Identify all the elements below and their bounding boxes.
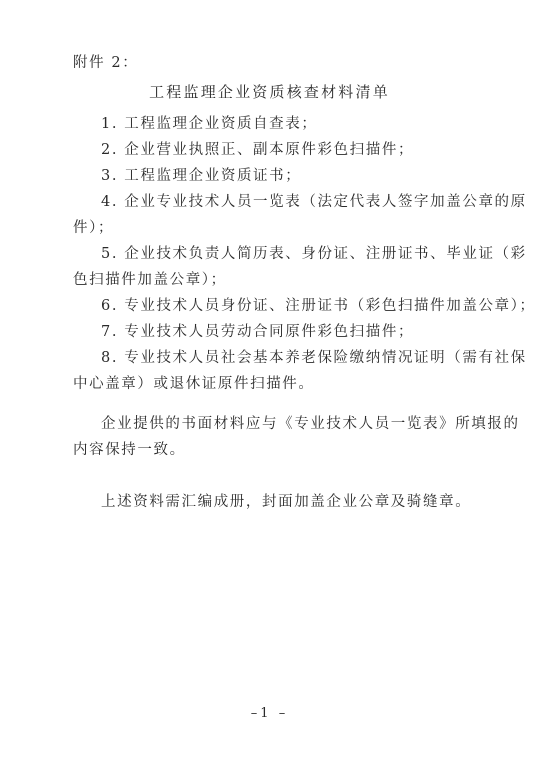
attachment-label: 附件 2： — [73, 53, 138, 73]
list-item-4-continuation: 件）； — [73, 218, 114, 238]
list-item-2: 2. 企业营业执照正、副本原件彩色扫描件； — [101, 140, 414, 160]
note-consistency: 企业提供的书面材料应与《专业技术人员一览表》所填报的 — [101, 414, 520, 434]
list-item-1: 1. 工程监理企业资质自查表； — [101, 114, 317, 134]
note-consistency-continuation: 内容保持一致。 — [73, 440, 186, 460]
list-item-5: 5. 企业技术负责人简历表、身份证、注册证书、毕业证（彩 — [101, 244, 527, 264]
note-binding: 上述资料需汇编成册，封面加盖企业公章及骑缝章。 — [101, 492, 471, 512]
list-item-3: 3. 工程监理企业资质证书； — [101, 166, 301, 186]
list-item-5-continuation: 色扫描件加盖公章）； — [73, 270, 227, 290]
list-item-7: 7. 专业技术人员劳动合同原件彩色扫描件； — [101, 322, 414, 342]
document-page: 附件 2： 工程监理企业资质核查材料清单 1. 工程监理企业资质自查表； 2. … — [0, 0, 539, 763]
document-title: 工程监理企业资质核查材料清单 — [0, 82, 539, 102]
list-item-6: 6. 专业技术人员身份证、注册证书（彩色扫描件加盖公章）； — [101, 296, 536, 316]
page-number: –1 – — [0, 704, 539, 724]
list-item-8-continuation: 中心盖章）或退休证原件扫描件。 — [73, 374, 315, 394]
list-item-8: 8. 专业技术人员社会基本养老保险缴纳情况证明（需有社保 — [101, 348, 527, 368]
list-item-4: 4. 企业专业技术人员一览表（法定代表人签字加盖公章的原 — [101, 192, 527, 212]
